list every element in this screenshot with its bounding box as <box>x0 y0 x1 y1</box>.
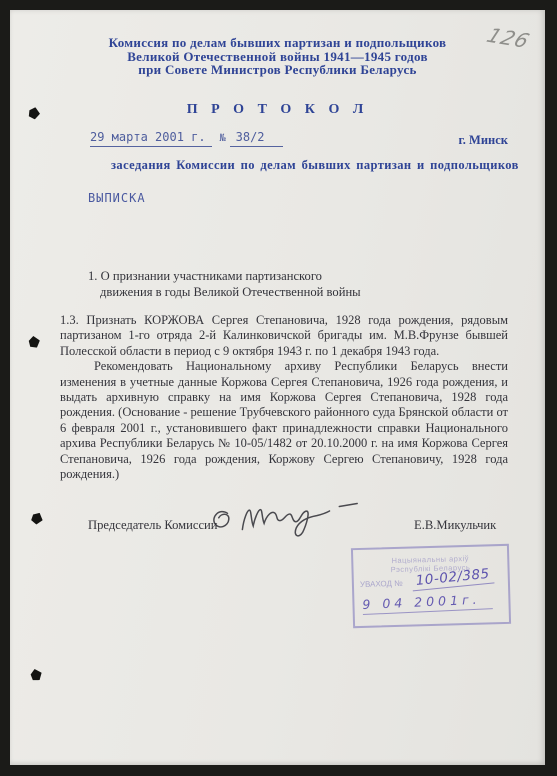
document-title: П Р О Т О К О Л <box>10 102 545 118</box>
letterhead: Комиссия по делам бывших партизан и подп… <box>10 36 545 77</box>
protocol-subtitle: заседания Комиссии по делам бывших парти… <box>111 158 519 173</box>
signatory-title: Председатель Комиссии <box>88 518 218 533</box>
archive-intake-stamp: Нацыянальны архіў Рэспублікі Беларусь УВ… <box>351 544 511 628</box>
number-sign: № <box>220 133 226 144</box>
agenda-item-heading: 1. О признании участниками партизанского… <box>88 269 361 300</box>
letterhead-line2: Великой Отечественной войны 1941—1945 го… <box>10 50 545 64</box>
extract-label: ВЫПИСКА <box>88 191 146 205</box>
protocol-number: 38/2 <box>230 130 283 147</box>
protocol-date: 29 марта 2001 г. <box>90 130 212 147</box>
agenda-item-line1: 1. О признании участниками партизанского <box>88 269 361 285</box>
signatory-name: Е.В.Микульчик <box>414 518 496 533</box>
resolution-paragraph-2: Рекомендовать Национальному архиву Респу… <box>60 359 508 482</box>
date-line: 29 марта 2001 г.№38/2 г. Минск <box>90 130 530 150</box>
punch-mark <box>28 668 44 683</box>
document-page: 126 Комиссия по делам бывших партизан и … <box>10 10 545 765</box>
punch-mark <box>26 335 41 349</box>
resolution-text: 1.3. Признать КОРЖОВА Сергея Степановича… <box>60 313 508 482</box>
letterhead-line3: при Совете Министров Республики Беларусь <box>10 63 545 77</box>
punch-mark <box>28 510 45 526</box>
agenda-item-line2: движения в годы Великой Отечественной во… <box>100 285 361 301</box>
stamp-incoming-row: УВАХОД № 10-02/385 <box>360 576 502 589</box>
stamp-incoming-label: УВАХОД № <box>360 579 403 589</box>
stamp-handwritten-date: 9 04 2001г. <box>362 591 493 615</box>
city-label: г. Минск <box>459 133 508 148</box>
resolution-paragraph-1: 1.3. Признать КОРЖОВА Сергея Степановича… <box>60 313 508 359</box>
handwritten-signature <box>205 492 377 551</box>
letterhead-line1: Комиссия по делам бывших партизан и подп… <box>10 36 545 50</box>
